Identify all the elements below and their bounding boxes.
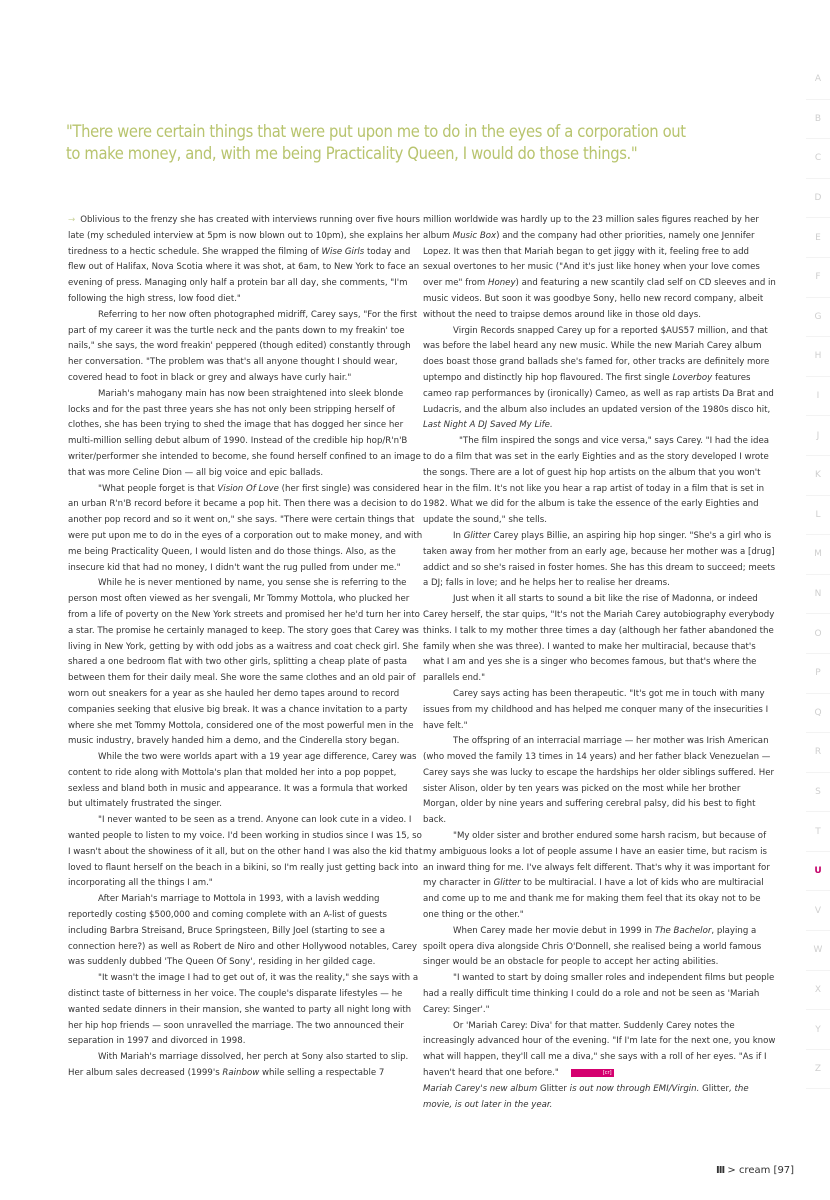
- alpha-index-p: P: [806, 654, 830, 694]
- paragraph: With Mariah's marriage dissolved, her pe…: [68, 1050, 423, 1082]
- paragraph: →Oblivious to the frenzy she has created…: [68, 213, 423, 308]
- paragraph: While the two were worlds apart with a 1…: [68, 750, 423, 813]
- alpha-index-l: L: [806, 496, 830, 536]
- paragraph: Or 'Mariah Carey: Diva' for that matter.…: [423, 1019, 778, 1082]
- alpha-index-w: W: [806, 931, 830, 971]
- end-of-article-mark: [cr]: [571, 1069, 614, 1077]
- article-column-left: →Oblivious to the frenzy she has created…: [68, 213, 423, 1082]
- paragraph: "What people forget is that Vision Of Lo…: [68, 482, 423, 577]
- page-number: [97]: [774, 1165, 795, 1176]
- paragraph: Referring to her now often photographed …: [68, 308, 423, 387]
- page-folio: III > cream [97]: [716, 1165, 794, 1176]
- paragraph: Mariah's mahogany main has now been stra…: [68, 387, 423, 482]
- alpha-index-b: B: [806, 100, 830, 140]
- alpha-index-u-active: U: [806, 852, 830, 892]
- alpha-index-n: N: [806, 575, 830, 615]
- alpha-index-a: A: [806, 60, 830, 100]
- paragraph: The offspring of an interracial marriage…: [423, 734, 778, 829]
- alpha-index-d: D: [806, 179, 830, 219]
- pull-quote-line-1: "There were certain things that were put…: [66, 121, 766, 143]
- pull-quote-line-2: to make money, and, with me being Practi…: [66, 143, 766, 165]
- paragraph: In Glitter Carey plays Billie, an aspiri…: [423, 529, 778, 592]
- alpha-index-j: J: [806, 416, 830, 456]
- alpha-index-e: E: [806, 218, 830, 258]
- paragraph: "I never wanted to be seen as a trend. A…: [68, 813, 423, 892]
- paragraph: After Mariah's marriage to Mottola in 19…: [68, 892, 423, 971]
- alpha-index-v: V: [806, 891, 830, 931]
- alpha-index-q: Q: [806, 694, 830, 734]
- arrow-right-icon: →: [68, 215, 75, 225]
- paragraph: Carey says acting has been therapeutic. …: [423, 687, 778, 734]
- alpha-index-c: C: [806, 139, 830, 179]
- alpha-index-s: S: [806, 773, 830, 813]
- folio-separator: >: [727, 1165, 735, 1176]
- alpha-index-t: T: [806, 812, 830, 852]
- paragraph: Just when it all starts to sound a bit l…: [423, 592, 778, 687]
- alpha-index-f: F: [806, 258, 830, 298]
- article-column-right: million worldwide was hardly up to the 2…: [423, 213, 778, 1113]
- paragraph: "My older sister and brother endured som…: [423, 829, 778, 924]
- paragraph: Virgin Records snapped Carey up for a re…: [423, 324, 778, 435]
- alpha-index-z: Z: [806, 1050, 830, 1090]
- alpha-index-g: G: [806, 298, 830, 338]
- paragraph: "It wasn't the image I had to get out of…: [68, 971, 423, 1050]
- alpha-index-h: H: [806, 337, 830, 377]
- alphabet-index: A B C D E F G H I J K L M N O P Q R S T …: [806, 60, 830, 1089]
- paragraph: "I wanted to start by doing smaller role…: [423, 971, 778, 1018]
- alpha-index-i: I: [806, 377, 830, 417]
- paragraph: million worldwide was hardly up to the 2…: [423, 213, 778, 324]
- alpha-index-m: M: [806, 535, 830, 575]
- alpha-index-r: R: [806, 733, 830, 773]
- alpha-index-k: K: [806, 456, 830, 496]
- barcode-bars-icon: III: [716, 1165, 724, 1176]
- alpha-index-x: X: [806, 971, 830, 1011]
- paragraph: When Carey made her movie debut in 1999 …: [423, 924, 778, 971]
- pull-quote: "There were certain things that were put…: [66, 121, 766, 165]
- alpha-index-o: O: [806, 614, 830, 654]
- article-caption: Mariah Carey's new album Glitter is out …: [423, 1082, 778, 1114]
- publication-name: cream: [739, 1165, 770, 1176]
- paragraph: "The film inspired the songs and vice ve…: [423, 434, 778, 529]
- alpha-index-y: Y: [806, 1010, 830, 1050]
- paragraph: While he is never mentioned by name, you…: [68, 576, 423, 750]
